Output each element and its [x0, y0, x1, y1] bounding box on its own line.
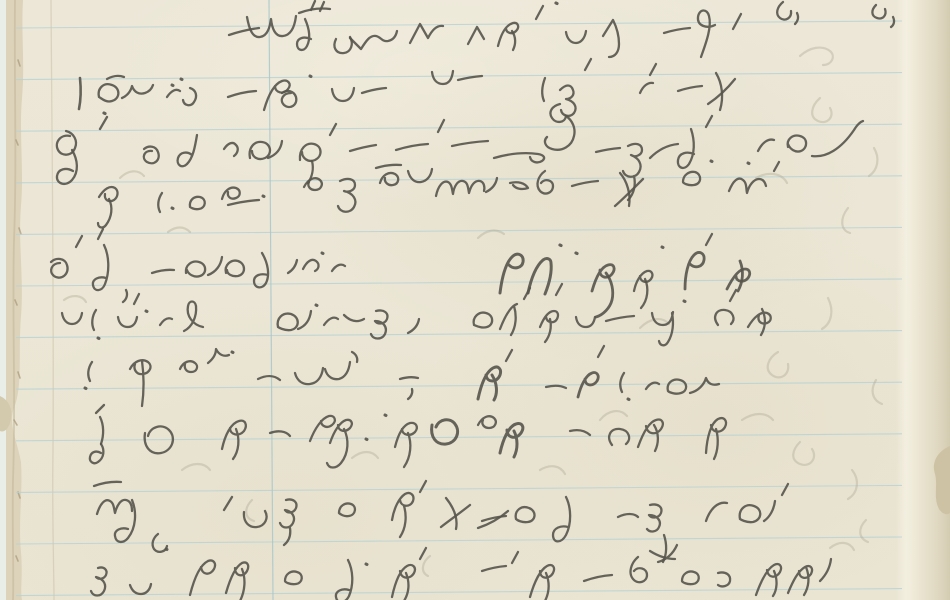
shorthand-stroke: [647, 504, 661, 531]
shorthand-stroke: [166, 549, 167, 550]
ghost-stroke: [768, 352, 789, 377]
ghost-stroke: [842, 208, 850, 233]
shorthand-row-7: [85, 346, 719, 406]
shorthand-stroke: [486, 178, 497, 192]
shorthand-stroke: [500, 424, 523, 457]
shorthand-stroke: [336, 560, 352, 600]
shorthand-stroke: [232, 352, 233, 353]
shorthand-stroke: [560, 86, 576, 116]
shorthand-stroke: [352, 352, 357, 362]
shorthand-stroke: [350, 145, 376, 151]
shorthand-stroke: [748, 163, 749, 164]
shorthand-stroke: [528, 259, 551, 294]
shorthand-stroke: [738, 261, 742, 291]
shorthand-stroke: [716, 73, 722, 110]
ghost-stroke: [822, 298, 831, 329]
shorthand-stroke: [395, 423, 417, 467]
shorthand-stroke: [664, 28, 690, 33]
ghost-stroke: [869, 148, 877, 176]
shorthand-stroke: [774, 162, 779, 171]
shorthand-stroke: [122, 85, 153, 98]
shorthand-stroke: [530, 565, 554, 600]
shorthand-row-2: [79, 59, 735, 116]
shorthand-stroke: [756, 564, 781, 596]
shorthand-stroke: [278, 314, 298, 331]
shorthand-stroke: [362, 88, 386, 93]
ruled-line: [16, 73, 902, 80]
shorthand-stroke: [556, 284, 562, 295]
shorthand-stroke: [392, 493, 413, 537]
shorthand-stroke: [396, 144, 428, 150]
shorthand-stroke: [297, 19, 311, 50]
shorthand-stroke: [160, 318, 172, 325]
shorthand-stroke: [715, 310, 733, 325]
shorthand-stroke: [350, 31, 397, 49]
shorthand-stroke: [546, 386, 566, 388]
shorthand-stroke: [208, 349, 229, 363]
shorthand-stroke: [228, 91, 256, 97]
shorthand-stroke: [184, 302, 203, 332]
shorthand-stroke: [516, 507, 535, 522]
ghost-stroke: [182, 464, 210, 470]
shorthand-stroke: [79, 78, 81, 109]
ghost-stroke: [120, 171, 144, 178]
ruled-line: [16, 485, 902, 492]
shorthand-stroke: [556, 3, 557, 4]
shorthand-stroke: [270, 431, 290, 436]
shorthand-stroke: [90, 444, 104, 463]
shorthand-stroke: [618, 514, 638, 517]
shorthand-stroke: [298, 311, 311, 329]
shorthand-stroke: [94, 482, 121, 486]
shorthand-stroke: [339, 503, 355, 516]
shorthand-stroke: [334, 37, 351, 53]
shorthand-stroke: [432, 71, 453, 84]
shorthand-row-9: [94, 481, 788, 562]
ghost-stroke: [800, 48, 833, 65]
paper-crease: [51, 0, 54, 600]
shorthand-stroke: [727, 269, 750, 289]
shorthand-stroke: [685, 253, 704, 289]
right-edge-notch: [934, 446, 950, 514]
shorthand-stroke: [322, 253, 323, 254]
shorthand-stroke: [85, 388, 86, 389]
shorthand-stroke: [698, 10, 715, 57]
shorthand-stroke: [646, 383, 659, 389]
shorthand-stroke: [123, 290, 127, 302]
shorthand-stroke: [438, 120, 444, 132]
shorthand-stroke: [494, 153, 544, 162]
shorthand-stroke: [172, 208, 173, 209]
ghost-stroke: [168, 228, 190, 233]
shorthand-stroke: [606, 316, 634, 321]
shorthand-stroke: [104, 113, 105, 114]
shorthand-stroke: [628, 399, 629, 400]
shorthand-stroke: [596, 273, 613, 317]
shorthand-stroke: [782, 484, 788, 495]
shorthand-stroke: [474, 313, 492, 328]
shorthand-stroke: [584, 575, 612, 581]
shorthand-stroke: [585, 59, 591, 70]
shorthand-stroke: [506, 350, 512, 361]
shorthand-stroke: [733, 14, 741, 29]
shorthand-stroke: [872, 5, 885, 18]
shorthand-stroke: [706, 234, 712, 245]
shorthand-stroke: [678, 86, 702, 91]
shorthand-stroke: [891, 17, 894, 27]
shorthand-stroke: [224, 497, 232, 510]
shorthand-stroke: [224, 143, 238, 156]
shorthand-stroke: [408, 319, 419, 333]
shorthand-stroke: [682, 571, 699, 584]
shorthand-stroke: [222, 421, 246, 459]
shorthand-stroke: [316, 305, 317, 306]
ghost-stroke: [600, 411, 627, 420]
shorthand-stroke: [408, 389, 412, 399]
shorthand-stroke: [366, 564, 367, 565]
shorthand-stroke: [570, 430, 590, 435]
shorthand-row-4: [98, 161, 779, 239]
shorthand-stroke: [222, 188, 240, 199]
ruled-line: [16, 124, 902, 131]
shorthand-stroke: [690, 378, 719, 393]
shorthand-stroke: [310, 416, 352, 468]
shorthand-stroke: [167, 90, 180, 97]
shorthand-stroke: [452, 141, 488, 146]
shorthand-stroke: [510, 182, 528, 189]
shorthand-stroke: [144, 147, 159, 164]
shorthand-stroke: [118, 317, 137, 327]
shorthand-stroke: [482, 566, 506, 571]
shorthand-stroke: [332, 265, 345, 271]
shorthand-stroke: [668, 380, 686, 394]
shorthand-stroke: [152, 270, 174, 273]
shorthand-stroke: [578, 373, 598, 397]
shorthand-stroke: [512, 552, 518, 563]
shorthand-stroke: [468, 27, 484, 44]
shorthand-row-5: [51, 234, 750, 317]
shorthand-stroke: [400, 377, 418, 379]
shorthand-stroke: [631, 557, 647, 582]
shorthand-stroke: [88, 362, 92, 381]
shorthand-stroke: [93, 245, 108, 290]
shorthand-stroke: [183, 88, 196, 105]
shorthand-stroke: [748, 309, 771, 335]
shorthand-stroke: [180, 361, 197, 372]
shorthand-stroke: [258, 376, 280, 380]
ghost-stroke: [478, 231, 504, 238]
shorthand-stroke: [432, 420, 458, 444]
ruled-line: [16, 331, 902, 338]
shorthand-stroke: [181, 79, 182, 80]
shorthand-stroke: [332, 88, 354, 101]
ghost-stroke: [540, 466, 565, 474]
ghost-stroke: [246, 500, 254, 521]
shorthand-stroke: [729, 179, 766, 193]
shorthand-stroke: [620, 373, 624, 392]
shorthand-row-1: [229, 1, 894, 57]
shorthand-stroke: [560, 245, 561, 246]
shorthand-stroke: [303, 260, 319, 271]
shorthand-stroke: [706, 418, 726, 459]
shorthand-stroke: [542, 78, 545, 101]
shorthand-stroke: [310, 76, 311, 77]
shorthand-stroke: [158, 193, 162, 212]
shorthand-stroke: [285, 571, 302, 584]
shorthand-stroke: [512, 31, 515, 50]
shorthand-stroke: [436, 181, 484, 196]
shorthand-stroke: [190, 197, 205, 209]
ghost-stroke: [423, 556, 430, 576]
shorthand-stroke: [740, 505, 761, 522]
shorthand-stroke: [385, 415, 386, 416]
ruled-lines: [16, 21, 902, 596]
ghost-stroke: [812, 98, 831, 122]
shorthand-stroke: [420, 481, 426, 492]
shorthand-stroke: [683, 172, 700, 185]
shorthand-stroke: [91, 567, 107, 595]
shorthand-stroke: [730, 290, 736, 301]
ghost-stroke: [830, 543, 854, 550]
ghost-stroke: [793, 442, 814, 465]
shorthand-row-3: [57, 104, 863, 200]
shorthand-stroke: [208, 257, 222, 275]
shorthand-stroke: [478, 511, 508, 528]
shorthand-stroke: [623, 144, 642, 200]
ruled-line: [16, 21, 902, 28]
shorthand-stroke: [596, 148, 620, 152]
shorthand-stroke: [576, 317, 595, 327]
shorthand-stroke: [330, 124, 336, 135]
shorthand-stroke: [226, 261, 244, 277]
ruled-line: [16, 537, 902, 544]
shorthand-stroke: [812, 121, 863, 156]
shorthand-stroke: [146, 311, 147, 312]
shorthand-stroke: [288, 260, 297, 273]
screenshot-root: { "meta": { "description": "Scanned note…: [0, 0, 950, 600]
shorthand-stroke: [228, 200, 259, 205]
shorthand-stroke: [338, 179, 355, 212]
shorthand-stroke: [254, 253, 268, 287]
ruled-line: [16, 227, 902, 234]
ghost-stroke: [352, 452, 378, 458]
ruled-line: [16, 279, 902, 286]
shorthand-stroke: [280, 499, 296, 545]
shorthand-stroke: [758, 140, 774, 151]
shorthand-stroke: [392, 565, 415, 600]
shorthand-stroke: [788, 136, 806, 152]
shorthand-stroke: [410, 24, 443, 43]
shorthand-stroke: [576, 253, 577, 254]
shorthand-stroke: [764, 501, 775, 521]
shorthand-stroke: [641, 279, 647, 308]
ghost-stroke: [848, 470, 857, 499]
shorthand-stroke: [538, 171, 553, 193]
shorthand-stroke: [795, 13, 798, 24]
shorthand-stroke: [500, 304, 517, 335]
shorthand-stroke: [478, 416, 496, 428]
shorthand-stroke: [366, 439, 367, 440]
shorthand-stroke: [536, 6, 543, 19]
shorthand-stroke: [99, 84, 119, 101]
shorthand-stroke: [97, 500, 132, 514]
shorthand-stroke: [684, 301, 685, 302]
shorthand-stroke: [566, 31, 586, 43]
shorthand-stroke: [706, 503, 727, 521]
shorthand-stroke: [540, 311, 558, 342]
ruled-line: [16, 382, 902, 389]
shorthand-stroke: [603, 20, 619, 57]
shorthand-stroke: [98, 199, 111, 227]
shorthand-stroke: [263, 196, 264, 197]
shorthand-stroke: [711, 161, 712, 162]
ghost-stroke: [64, 296, 86, 302]
shorthand-stroke: [98, 338, 99, 339]
shorthand-stroke: [172, 85, 173, 86]
shorthand-stroke: [62, 313, 82, 324]
shorthand-stroke: [300, 144, 321, 161]
shorthand-stroke: [553, 497, 570, 541]
shorthand-stroke: [634, 271, 652, 291]
shorthand-stroke: [788, 566, 812, 595]
shorthand-stroke: [96, 405, 104, 444]
shorthand-stroke: [777, 2, 791, 20]
shorthand-stroke: [652, 312, 673, 345]
shorthand-stroke: [820, 559, 831, 581]
left-torn-edge: [0, 0, 23, 600]
shorthand-stroke: [640, 83, 653, 93]
shorthand-stroke: [190, 560, 215, 595]
shorthand-stroke: [650, 144, 678, 158]
shorthand-stroke: [598, 346, 604, 357]
shorthand-stroke: [186, 262, 205, 277]
shorthand-stroke: [130, 360, 150, 406]
shorthand-stroke: [134, 294, 139, 304]
shorthand-stroke: [478, 367, 501, 400]
ghost-stroke: [873, 380, 882, 404]
ghost-stroke: [860, 520, 868, 542]
shorthand-stroke: [92, 310, 96, 330]
shorthand-stroke: [592, 265, 614, 291]
shorthand-stroke: [650, 545, 677, 562]
shorthand-stroke: [380, 173, 398, 185]
shorthand-stroke: [130, 584, 151, 594]
shorthand-stroke: [446, 498, 457, 529]
shorthand-stroke: [718, 572, 730, 586]
shorthand-stroke: [572, 181, 598, 186]
shorthand-stroke: [650, 64, 656, 75]
shorthand-stroke: [420, 548, 426, 559]
shorthand-page-scan: [0, 0, 950, 600]
shorthand-stroke: [295, 362, 350, 384]
shorthand-stroke: [344, 315, 364, 321]
shorthand-stroke: [250, 142, 270, 159]
shorthand-stroke: [678, 129, 694, 168]
shorthand-stroke: [178, 135, 197, 166]
shorthand-stroke: [500, 254, 523, 293]
shorthand-stroke: [299, 9, 330, 14]
shorthand-stroke: [662, 247, 663, 248]
shorthand-stroke: [76, 236, 82, 247]
ghost-stroke: [742, 414, 773, 420]
shorthand-stroke: [324, 318, 338, 325]
shorthand-stroke: [100, 117, 107, 129]
shorthand-stroke: [376, 165, 401, 168]
